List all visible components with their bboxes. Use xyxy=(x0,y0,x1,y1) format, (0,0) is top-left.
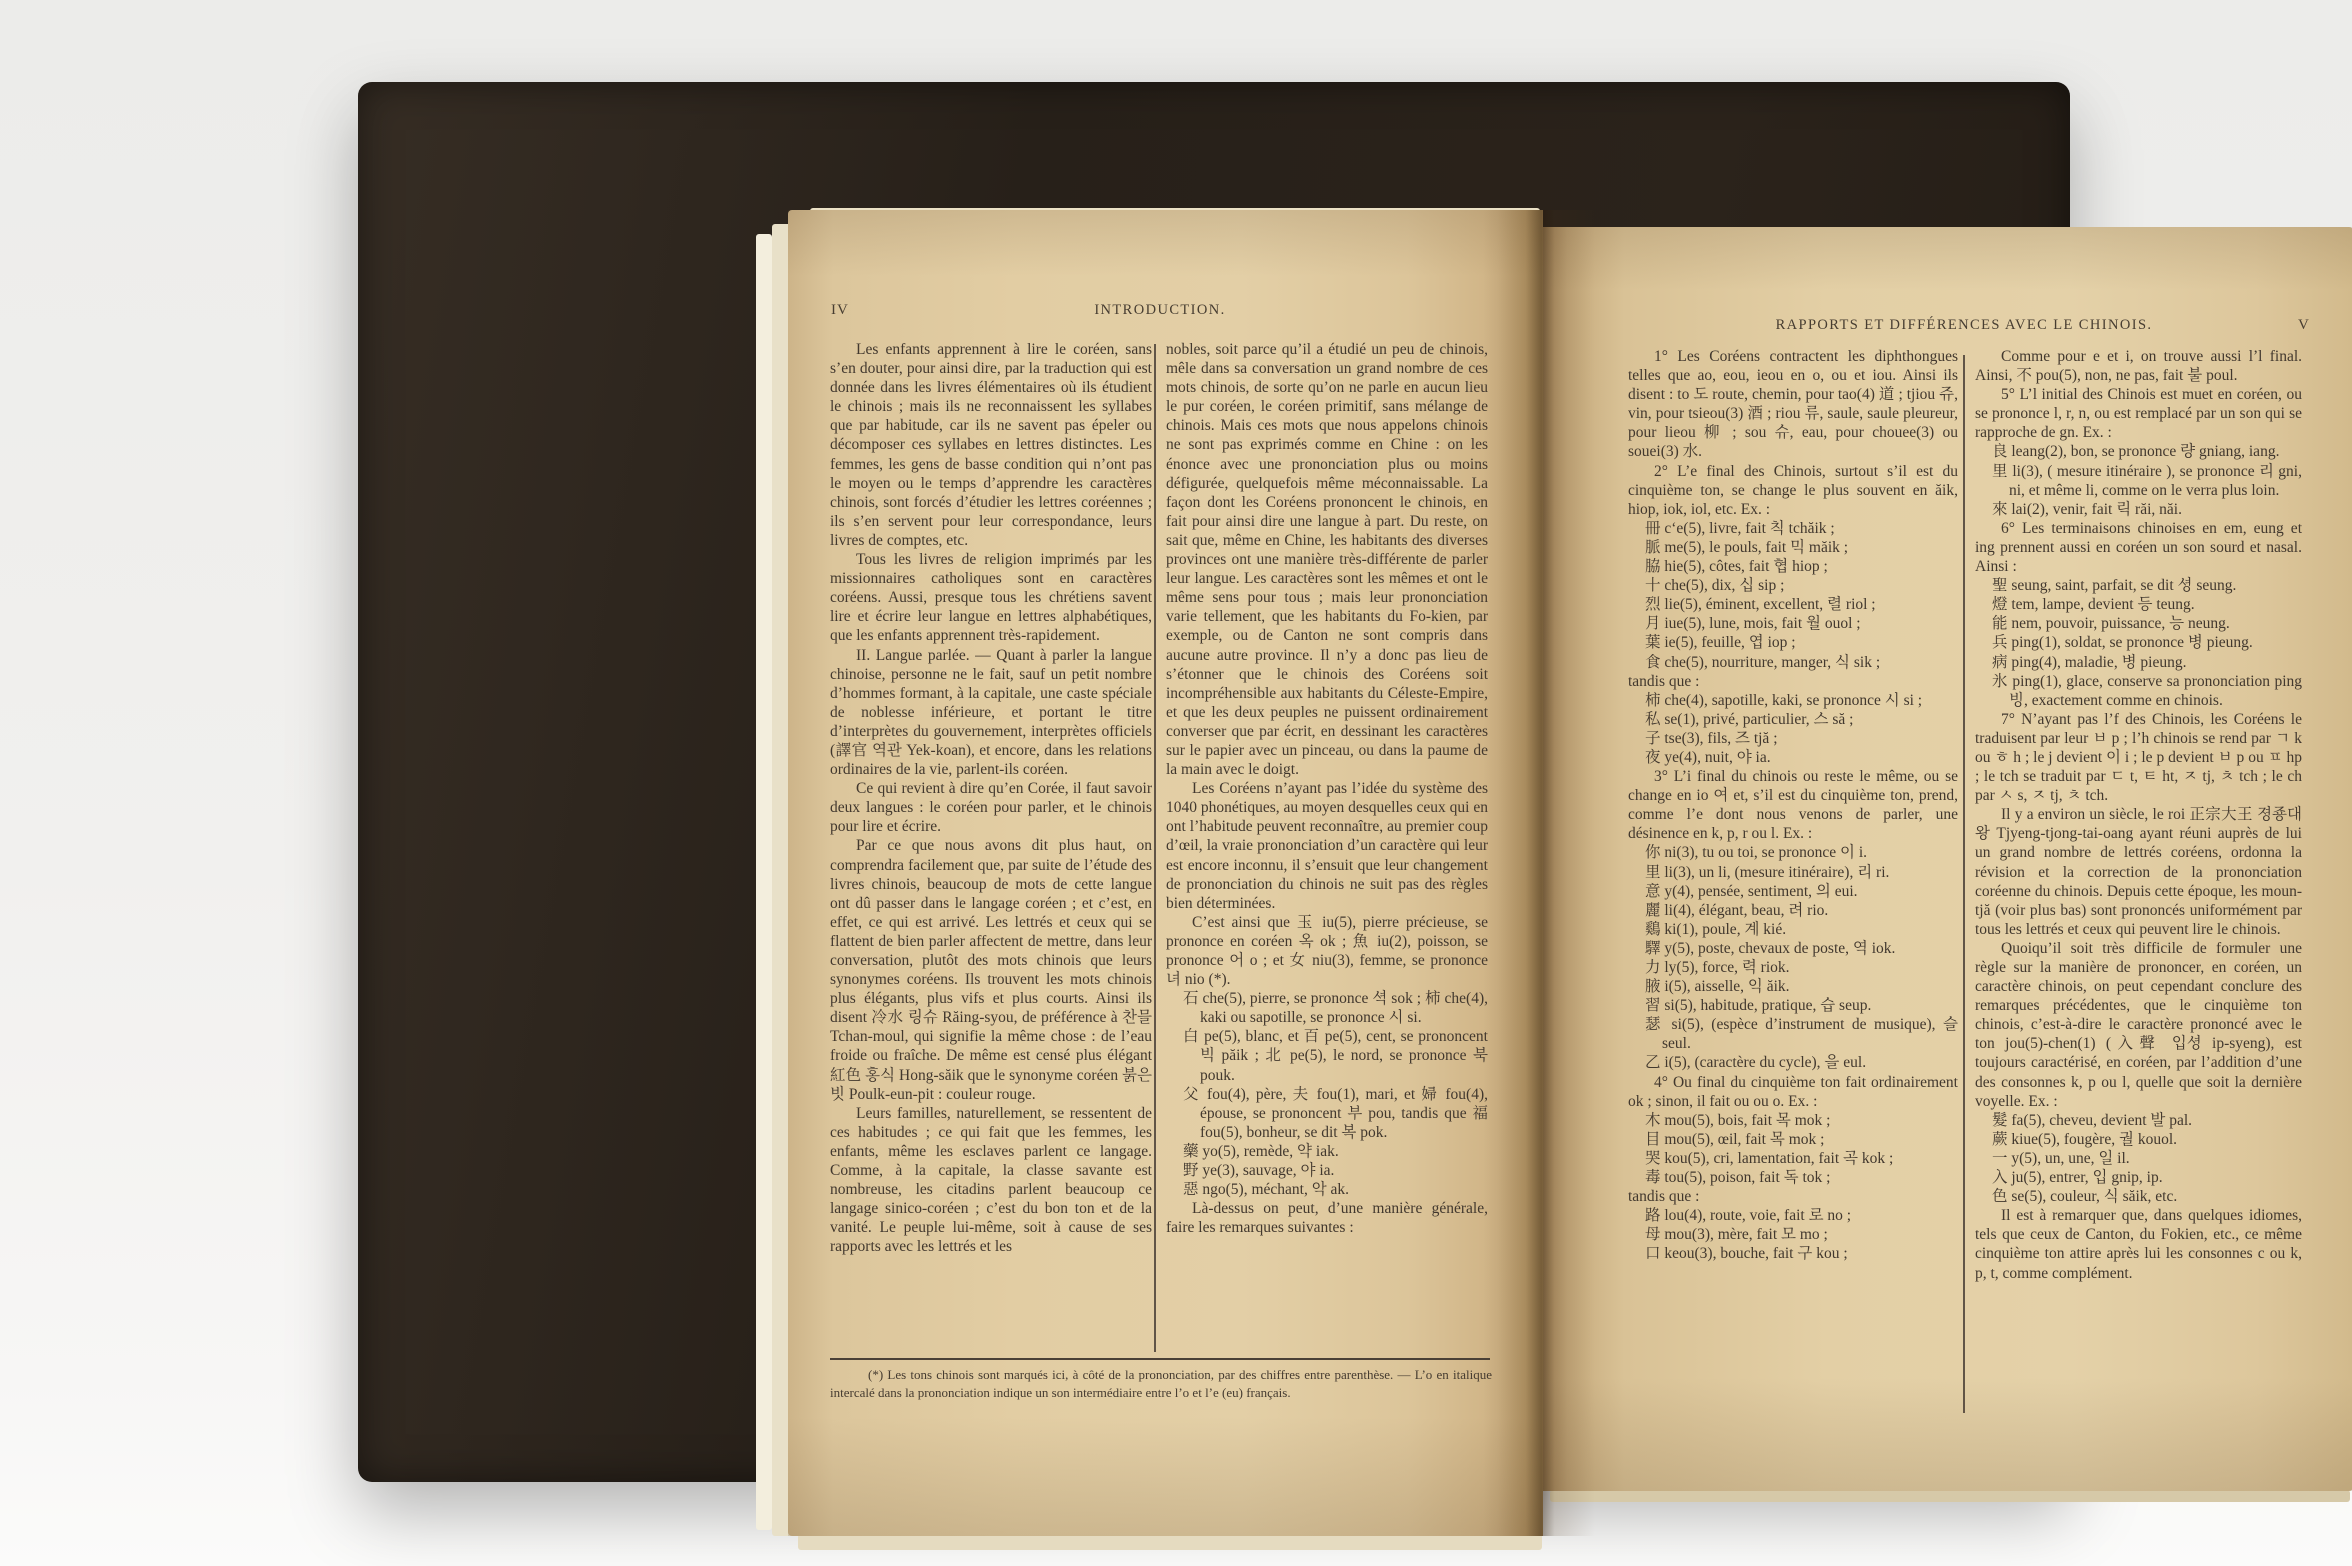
paragraph: 習 si(5), habitude, pratique, 습 seup. xyxy=(1662,996,1958,1015)
page-right: RAPPORTS ET DIFFÉRENCES AVEC LE CHINOIS.… xyxy=(1543,227,2352,1491)
paragraph: 月 iue(5), lune, mois, fait 월 ouol ; xyxy=(1662,614,1958,633)
page-number-right: V xyxy=(2298,317,2310,334)
paragraph: 毒 tou(5), poison, fait 독 tok ; xyxy=(1662,1168,1958,1187)
paragraph: 食 che(5), nourriture, manger, 식 sik ; xyxy=(1662,653,1958,672)
paragraph: 來 lai(2), venir, fait 릭 răi, năi. xyxy=(2009,500,2302,519)
paragraph: 7° N’ayant pas l’f des Chinois, les Coré… xyxy=(1975,710,2302,805)
paragraph: 麗 li(4), élégant, beau, 려 rio. xyxy=(1662,901,1958,920)
paragraph: tandis que : xyxy=(1628,672,1958,691)
paragraph: 5° L’l initial des Chinois est muet en c… xyxy=(1975,385,2302,442)
paragraph: 3° L’i final du chinois ou reste le même… xyxy=(1628,767,1958,843)
paragraph: 白 pe(5), blanc, et 百 pe(5), cent, se pro… xyxy=(1200,1027,1488,1084)
paragraph: Comme pour e et i, on trouve aussi l’l f… xyxy=(1975,347,2302,385)
paragraph: 烈 lie(5), éminent, excellent, 렬 riol ; xyxy=(1662,595,1958,614)
paragraph: Les enfants apprennent à lire le coréen,… xyxy=(830,340,1152,550)
paragraph: 脇 hie(5), côtes, fait 협 hiop ; xyxy=(1662,557,1958,576)
paragraph: 氷 ping(1), glace, conserve sa prononciat… xyxy=(2009,672,2302,710)
paragraph: 葉 ie(5), feuille, 엽 iop ; xyxy=(1662,633,1958,652)
paragraph: 惡 ngo(5), méchant, 악 ak. xyxy=(1200,1180,1488,1199)
paragraph: Par ce que nous avons dit plus haut, on … xyxy=(830,836,1152,1103)
paragraph: 口 keou(3), bouche, fait 구 kou ; xyxy=(1662,1244,1958,1263)
paragraph: 你 ni(3), tu ou toi, se prononce 이 i. xyxy=(1662,843,1958,862)
paragraph: Il y a environ un siècle, le roi 正宗大王 졍죵… xyxy=(1975,805,2302,939)
page-left: IV INTRODUCTION. Les enfants apprennent … xyxy=(788,210,1543,1536)
paragraph: 野 ye(3), sauvage, 야 ia. xyxy=(1200,1161,1488,1180)
left-page-column-2: nobles, soit parce qu’il a étudié un peu… xyxy=(1166,340,1488,1354)
paragraph: 鷄 ki(1), poule, 계 kié. xyxy=(1662,920,1958,939)
paragraph: 意 y(4), pensée, sentiment, 의 eui. xyxy=(1662,882,1958,901)
paragraph: tandis que : xyxy=(1628,1187,1958,1206)
paragraph: 石 che(5), pierre, se prononce 셕 sok ; 柿 … xyxy=(1200,989,1488,1027)
running-title-left: INTRODUCTION. xyxy=(830,302,1490,319)
column-divider xyxy=(1154,344,1156,1352)
left-page-column-1: Les enfants apprennent à lire le coréen,… xyxy=(830,340,1152,1354)
paragraph: 私 se(1), privé, particulier, 스 să ; xyxy=(1662,710,1958,729)
paragraph: 1° Les Coréens contractent les diphthong… xyxy=(1628,347,1958,462)
paragraph: 父 fou(4), père, 夫 fou(1), mari, et 婦 fou… xyxy=(1200,1085,1488,1142)
book-cover: IV INTRODUCTION. Les enfants apprennent … xyxy=(358,82,2070,1482)
paragraph: 力 ly(5), force, 력 riok. xyxy=(1662,958,1958,977)
paragraph: 腋 i(5), aisselle, 익 ăik. xyxy=(1662,977,1958,996)
page-stack-edge xyxy=(1550,1490,2350,1502)
paragraph: 木 mou(5), bois, fait 목 mok ; xyxy=(1662,1111,1958,1130)
paragraph: 哭 kou(5), cri, lamentation, fait 곡 kok ; xyxy=(1662,1149,1958,1168)
paragraph: 驛 y(5), poste, chevaux de poste, 역 iok. xyxy=(1662,939,1958,958)
paragraph: Tous les livres de religion imprimés par… xyxy=(830,550,1152,645)
paragraph: Les Coréens n’ayant pas l’idée du systèm… xyxy=(1166,779,1488,913)
photo-backdrop: IV INTRODUCTION. Les enfants apprennent … xyxy=(0,0,2352,1566)
paragraph: Il est à remarquer que, dans quelques id… xyxy=(1975,1206,2302,1282)
column-divider xyxy=(1963,355,1965,1413)
paragraph: 兵 ping(1), soldat, se prononce 병 pieung. xyxy=(2009,633,2302,652)
paragraph: nobles, soit parce qu’il a étudié un peu… xyxy=(1166,340,1488,779)
paragraph: 子 tse(3), fils, 즈 tjă ; xyxy=(1662,729,1958,748)
paragraph: 能 nem, pouvoir, puissance, 능 neung. xyxy=(2009,614,2302,633)
paragraph: 夜 ye(4), nuit, 야 ia. xyxy=(1662,748,1958,767)
paragraph: 聖 seung, saint, parfait, se dit 셩 seung. xyxy=(2009,576,2302,595)
paragraph: 髮 fa(5), cheveu, devient 발 pal. xyxy=(2009,1111,2302,1130)
paragraph: 6° Les terminaisons chinoises en em, eun… xyxy=(1975,519,2302,576)
paragraph: 冊 c‘e(5), livre, fait 칙 tchăik ; xyxy=(1662,519,1958,538)
paragraph: II. Langue parlée. — Quant à parler la l… xyxy=(830,646,1152,780)
footnote-rule xyxy=(830,1358,1490,1360)
paragraph: 色 se(5), couleur, 식 săik, etc. xyxy=(2009,1187,2302,1206)
paragraph: C’est ainsi que 玉 iu(5), pierre précieus… xyxy=(1166,913,1488,989)
paragraph: 2° L’e final des Chinois, surtout s’il e… xyxy=(1628,462,1958,519)
paragraph: 路 lou(4), route, voie, fait 로 no ; xyxy=(1662,1206,1958,1225)
paragraph: 里 li(3), ( mesure itinéraire ), se prono… xyxy=(2009,462,2302,500)
paragraph: 里 li(3), un li, (mesure itinéraire), 리 r… xyxy=(1662,863,1958,882)
paragraph: 脈 me(5), le pouls, fait 믹 măik ; xyxy=(1662,538,1958,557)
paragraph: 藥 yo(5), remède, 약 iak. xyxy=(1200,1142,1488,1161)
paragraph: Leurs familles, naturellement, se ressen… xyxy=(830,1104,1152,1257)
paragraph: 入 ju(5), entrer, 입 gnip, ip. xyxy=(2009,1168,2302,1187)
paragraph: 病 ping(4), maladie, 병 pieung. xyxy=(2009,653,2302,672)
paragraph: 母 mou(3), mère, fait 모 mo ; xyxy=(1662,1225,1958,1244)
paragraph: 柿 che(4), sapotille, kaki, se prononce 시… xyxy=(1662,691,1958,710)
paragraph: Quoiqu’il soit très difficile de formule… xyxy=(1975,939,2302,1111)
right-page-column-1: 1° Les Coréens contractent les diphthong… xyxy=(1628,347,1958,1437)
page-stack-edge xyxy=(756,234,772,1530)
footnote: (*) Les tons chinois sont marqués ici, à… xyxy=(830,1366,1492,1401)
paragraph: 乙 i(5), (caractère du cycle), 을 eul. xyxy=(1662,1053,1958,1072)
paragraph: 4° Ou final du cinquième ton fait ordina… xyxy=(1628,1073,1958,1111)
paragraph: 瑟 si(5), (espèce d’instrument de musique… xyxy=(1662,1015,1958,1053)
paragraph: Là-dessus on peut, d’une manière général… xyxy=(1166,1199,1488,1237)
paragraph: 一 y(5), un, une, 일 il. xyxy=(2009,1149,2302,1168)
paragraph: 良 leang(2), bon, se prononce 량 gniang, i… xyxy=(2009,442,2302,461)
paragraph: 十 che(5), dix, 십 sip ; xyxy=(1662,576,1958,595)
page-stack-edge xyxy=(798,1534,1542,1550)
paragraph: 目 mou(5), œil, fait 목 mok ; xyxy=(1662,1130,1958,1149)
paragraph: 蕨 kiue(5), fougère, 궐 kouol. xyxy=(2009,1130,2302,1149)
right-page-column-2: Comme pour e et i, on trouve aussi l’l f… xyxy=(1975,347,2302,1437)
paragraph: Ce qui revient à dire qu’en Corée, il fa… xyxy=(830,779,1152,836)
paragraph: 燈 tem, lampe, devient 등 teung. xyxy=(2009,595,2302,614)
running-title-right: RAPPORTS ET DIFFÉRENCES AVEC LE CHINOIS. xyxy=(1628,317,2300,334)
